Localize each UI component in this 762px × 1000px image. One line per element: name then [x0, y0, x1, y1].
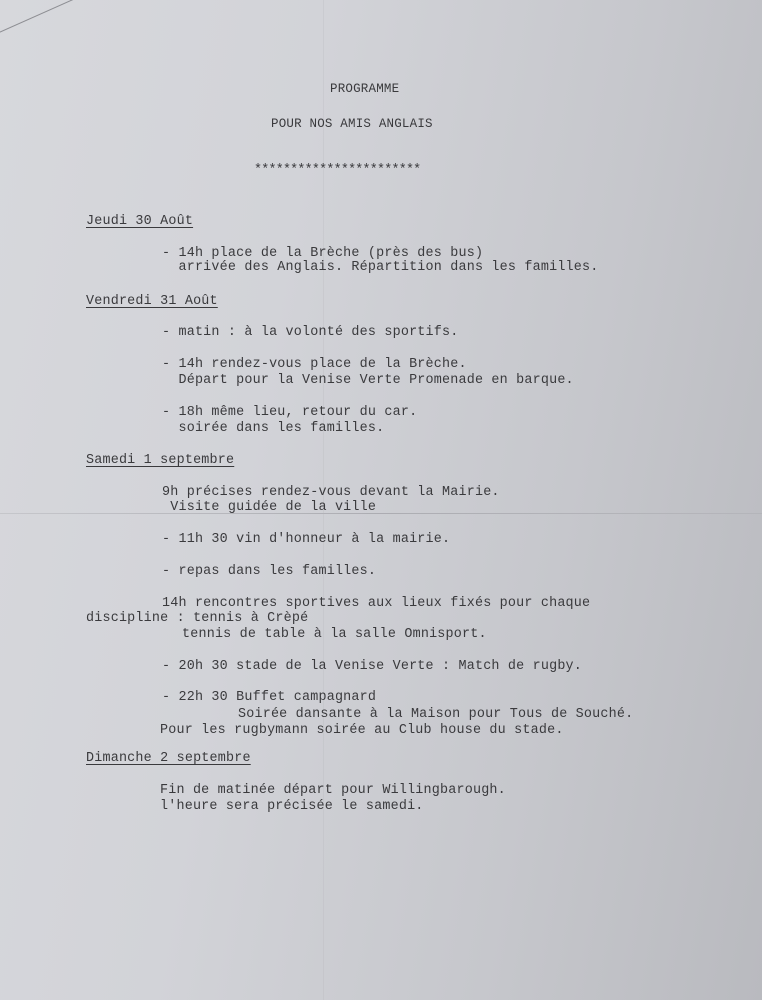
- program-line: - 18h même lieu, retour du car.: [162, 405, 417, 420]
- day-heading-samedi: Samedi 1 septembre: [86, 453, 234, 468]
- program-line: discipline : tennis à Crèpé: [86, 611, 308, 626]
- program-line: l'heure sera précisée le samedi.: [160, 799, 424, 814]
- program-line: soirée dans les familles.: [162, 421, 384, 436]
- program-line: Fin de matinée départ pour Willingbaroug…: [160, 783, 506, 798]
- program-line: - 22h 30 Buffet campagnard: [162, 690, 376, 705]
- program-line: - repas dans les familles.: [162, 564, 376, 579]
- program-line: 9h précises rendez-vous devant la Mairie…: [162, 485, 500, 500]
- typewritten-page: PROGRAMME POUR NOS AMIS ANGLAIS ********…: [0, 0, 762, 1000]
- program-line: Pour les rugbymann soirée au Club house …: [160, 723, 564, 738]
- page-fold-crease: [0, 513, 762, 514]
- program-line: - 20h 30 stade de la Venise Verte : Matc…: [162, 659, 582, 674]
- day-heading-vendredi: Vendredi 31 Août: [86, 294, 218, 309]
- program-line: - matin : à la volonté des sportifs.: [162, 325, 459, 340]
- program-line: - 14h place de la Brèche (près des bus): [162, 246, 483, 261]
- day-heading-dimanche: Dimanche 2 septembre: [86, 751, 251, 766]
- page-fold-crease: [0, 0, 136, 37]
- program-line: - 14h rendez-vous place de la Brèche.: [162, 357, 467, 372]
- document-subtitle: POUR NOS AMIS ANGLAIS: [271, 117, 433, 132]
- program-line: Visite guidée de la ville: [162, 500, 376, 515]
- program-line: Départ pour la Venise Verte Promenade en…: [162, 373, 574, 388]
- program-line: tennis de table à la salle Omnisport.: [182, 627, 487, 642]
- program-line: arrivée des Anglais. Répartition dans le…: [162, 260, 599, 275]
- separator-line: ***********************: [254, 163, 420, 178]
- document-title: PROGRAMME: [330, 82, 399, 97]
- day-heading-jeudi: Jeudi 30 Août: [86, 214, 193, 229]
- program-line: 14h rencontres sportives aux lieux fixés…: [162, 596, 590, 611]
- program-line: Soirée dansante à la Maison pour Tous de…: [238, 707, 633, 722]
- program-line: - 11h 30 vin d'honneur à la mairie.: [162, 532, 450, 547]
